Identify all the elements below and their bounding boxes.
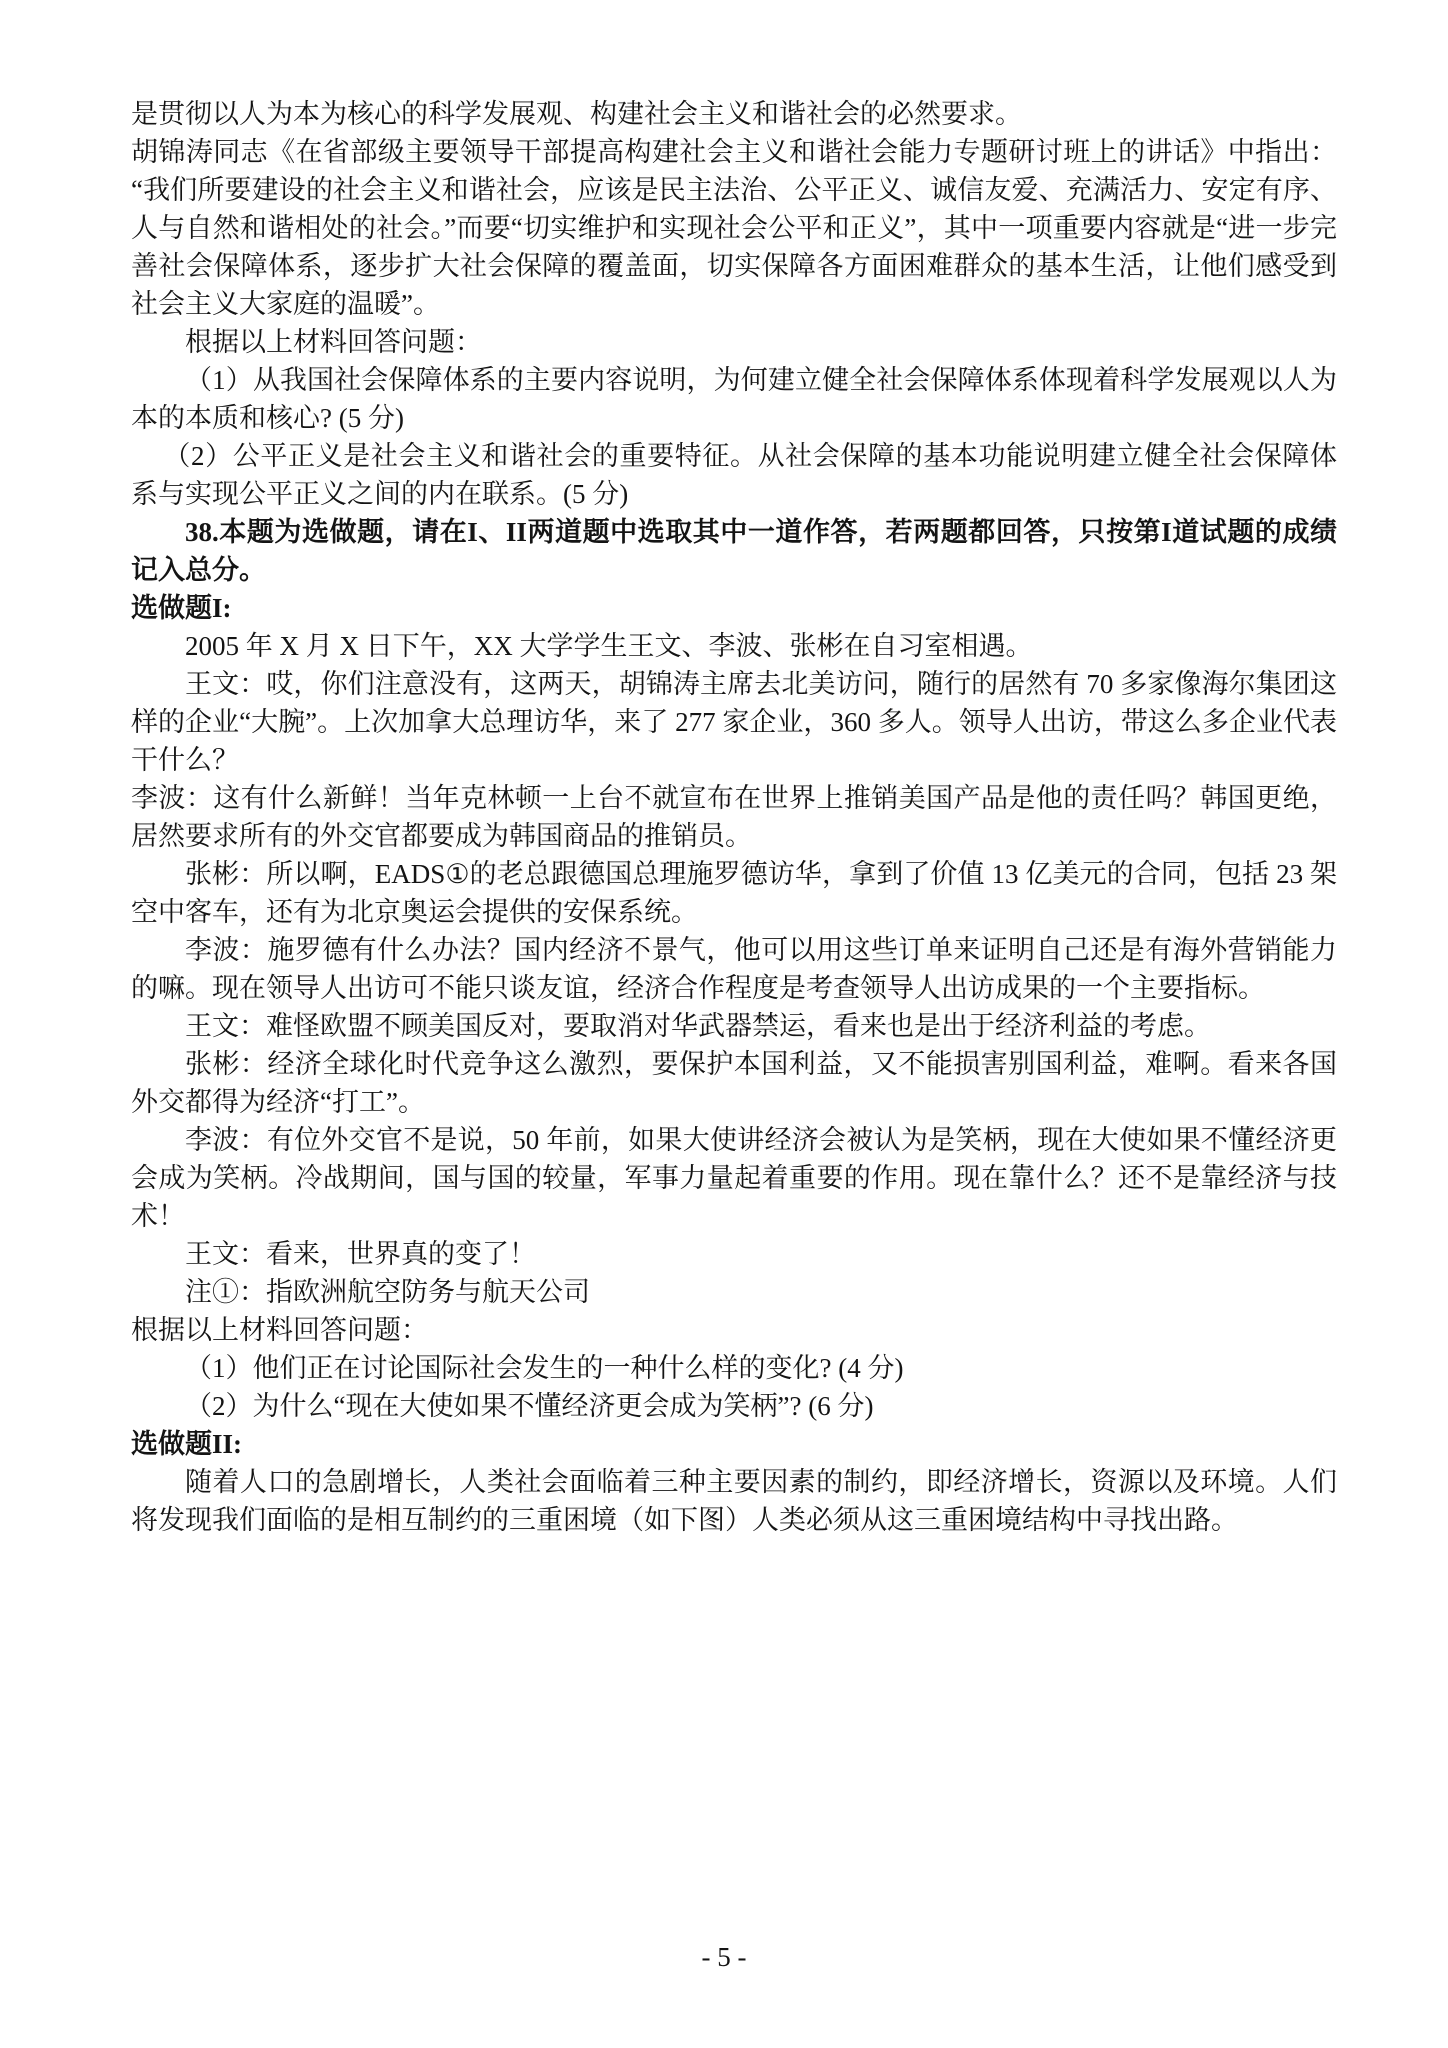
q38-material-prompt: 根据以上材料回答问题：	[131, 1311, 1337, 1349]
document-body: 是贯彻以人为本为核心的科学发展观、构建社会主义和谐社会的必然要求。 胡锦涛同志《…	[131, 95, 1337, 1539]
dialog-zhangbin-2: 张彬：经济全球化时代竞争这么激烈，要保护本国利益，又不能损害别国利益，难啊。看来…	[131, 1045, 1337, 1121]
para-hu-jintao-speech: 胡锦涛同志《在省部级主要领导干部提高构建社会主义和谐社会能力专题研讨班上的讲话》…	[131, 133, 1337, 323]
q38-instructions: 38.本题为选做题，请在I、II两道题中选取其中一道作答，若两题都回答，只按第I…	[131, 513, 1337, 589]
dialog-zhangbin-1: 张彬：所以啊，EADS①的老总跟德国总理施罗德访华，拿到了价值 13 亿美元的合…	[131, 855, 1337, 931]
dialog-libo-1: 李波：这有什么新鲜！当年克林顿一上台不就宣布在世界上推销美国产品是他的责任吗？韩…	[131, 779, 1337, 855]
dialog-libo-2: 李波：施罗德有什么办法？国内经济不景气，他可以用这些订单来证明自己还是有海外营销…	[131, 931, 1337, 1007]
dialog-setting: 2005 年 X 月 X 日下午，XX 大学学生王文、李波、张彬在自习室相遇。	[131, 627, 1337, 665]
q37-question-2: （2）公平正义是社会主义和谐社会的重要特征。从社会保障的基本功能说明建立健全社会…	[131, 437, 1337, 513]
dialog-wangwen-2: 王文：难怪欧盟不顾美国反对，要取消对华武器禁运，看来也是出于经济利益的考虑。	[131, 1007, 1337, 1045]
dialog-wangwen-1: 王文：哎，你们注意没有，这两天，胡锦涛主席去北美访问，随行的居然有 70 多家像…	[131, 665, 1337, 779]
dialog-libo-3: 李波：有位外交官不是说，50 年前，如果大使讲经济会被认为是笑柄，现在大使如果不…	[131, 1121, 1337, 1235]
para-triple-dilemma: 随着人口的急剧增长，人类社会面临着三种主要因素的制约，即经济增长，资源以及环境。…	[131, 1463, 1337, 1539]
page-footer: - 5 -	[0, 1938, 1448, 1976]
dialog-wangwen-3: 王文：看来，世界真的变了！	[131, 1235, 1337, 1273]
footnote-eads: 注①：指欧洲航空防务与航天公司	[131, 1273, 1337, 1311]
q37-question-1: （1）从我国社会保障体系的主要内容说明，为何建立健全社会保障体系体现着科学发展观…	[131, 361, 1337, 437]
heading-optional-question-1: 选做题I:	[131, 589, 1337, 627]
q37-material-prompt: 根据以上材料回答问题：	[131, 323, 1337, 361]
q38-question-2: （2）为什么“现在大使如果不懂经济更会成为笑柄”? (6 分)	[131, 1387, 1337, 1425]
document-page: 是贯彻以人为本为核心的科学发展观、构建社会主义和谐社会的必然要求。 胡锦涛同志《…	[0, 0, 1448, 2048]
q38-question-1: （1）他们正在讨论国际社会发生的一种什么样的变化? (4 分)	[131, 1349, 1337, 1387]
heading-optional-question-2: 选做题II:	[131, 1425, 1337, 1463]
page-number: - 5 -	[702, 1942, 747, 1972]
para-intro-carryover: 是贯彻以人为本为核心的科学发展观、构建社会主义和谐社会的必然要求。	[131, 95, 1337, 133]
